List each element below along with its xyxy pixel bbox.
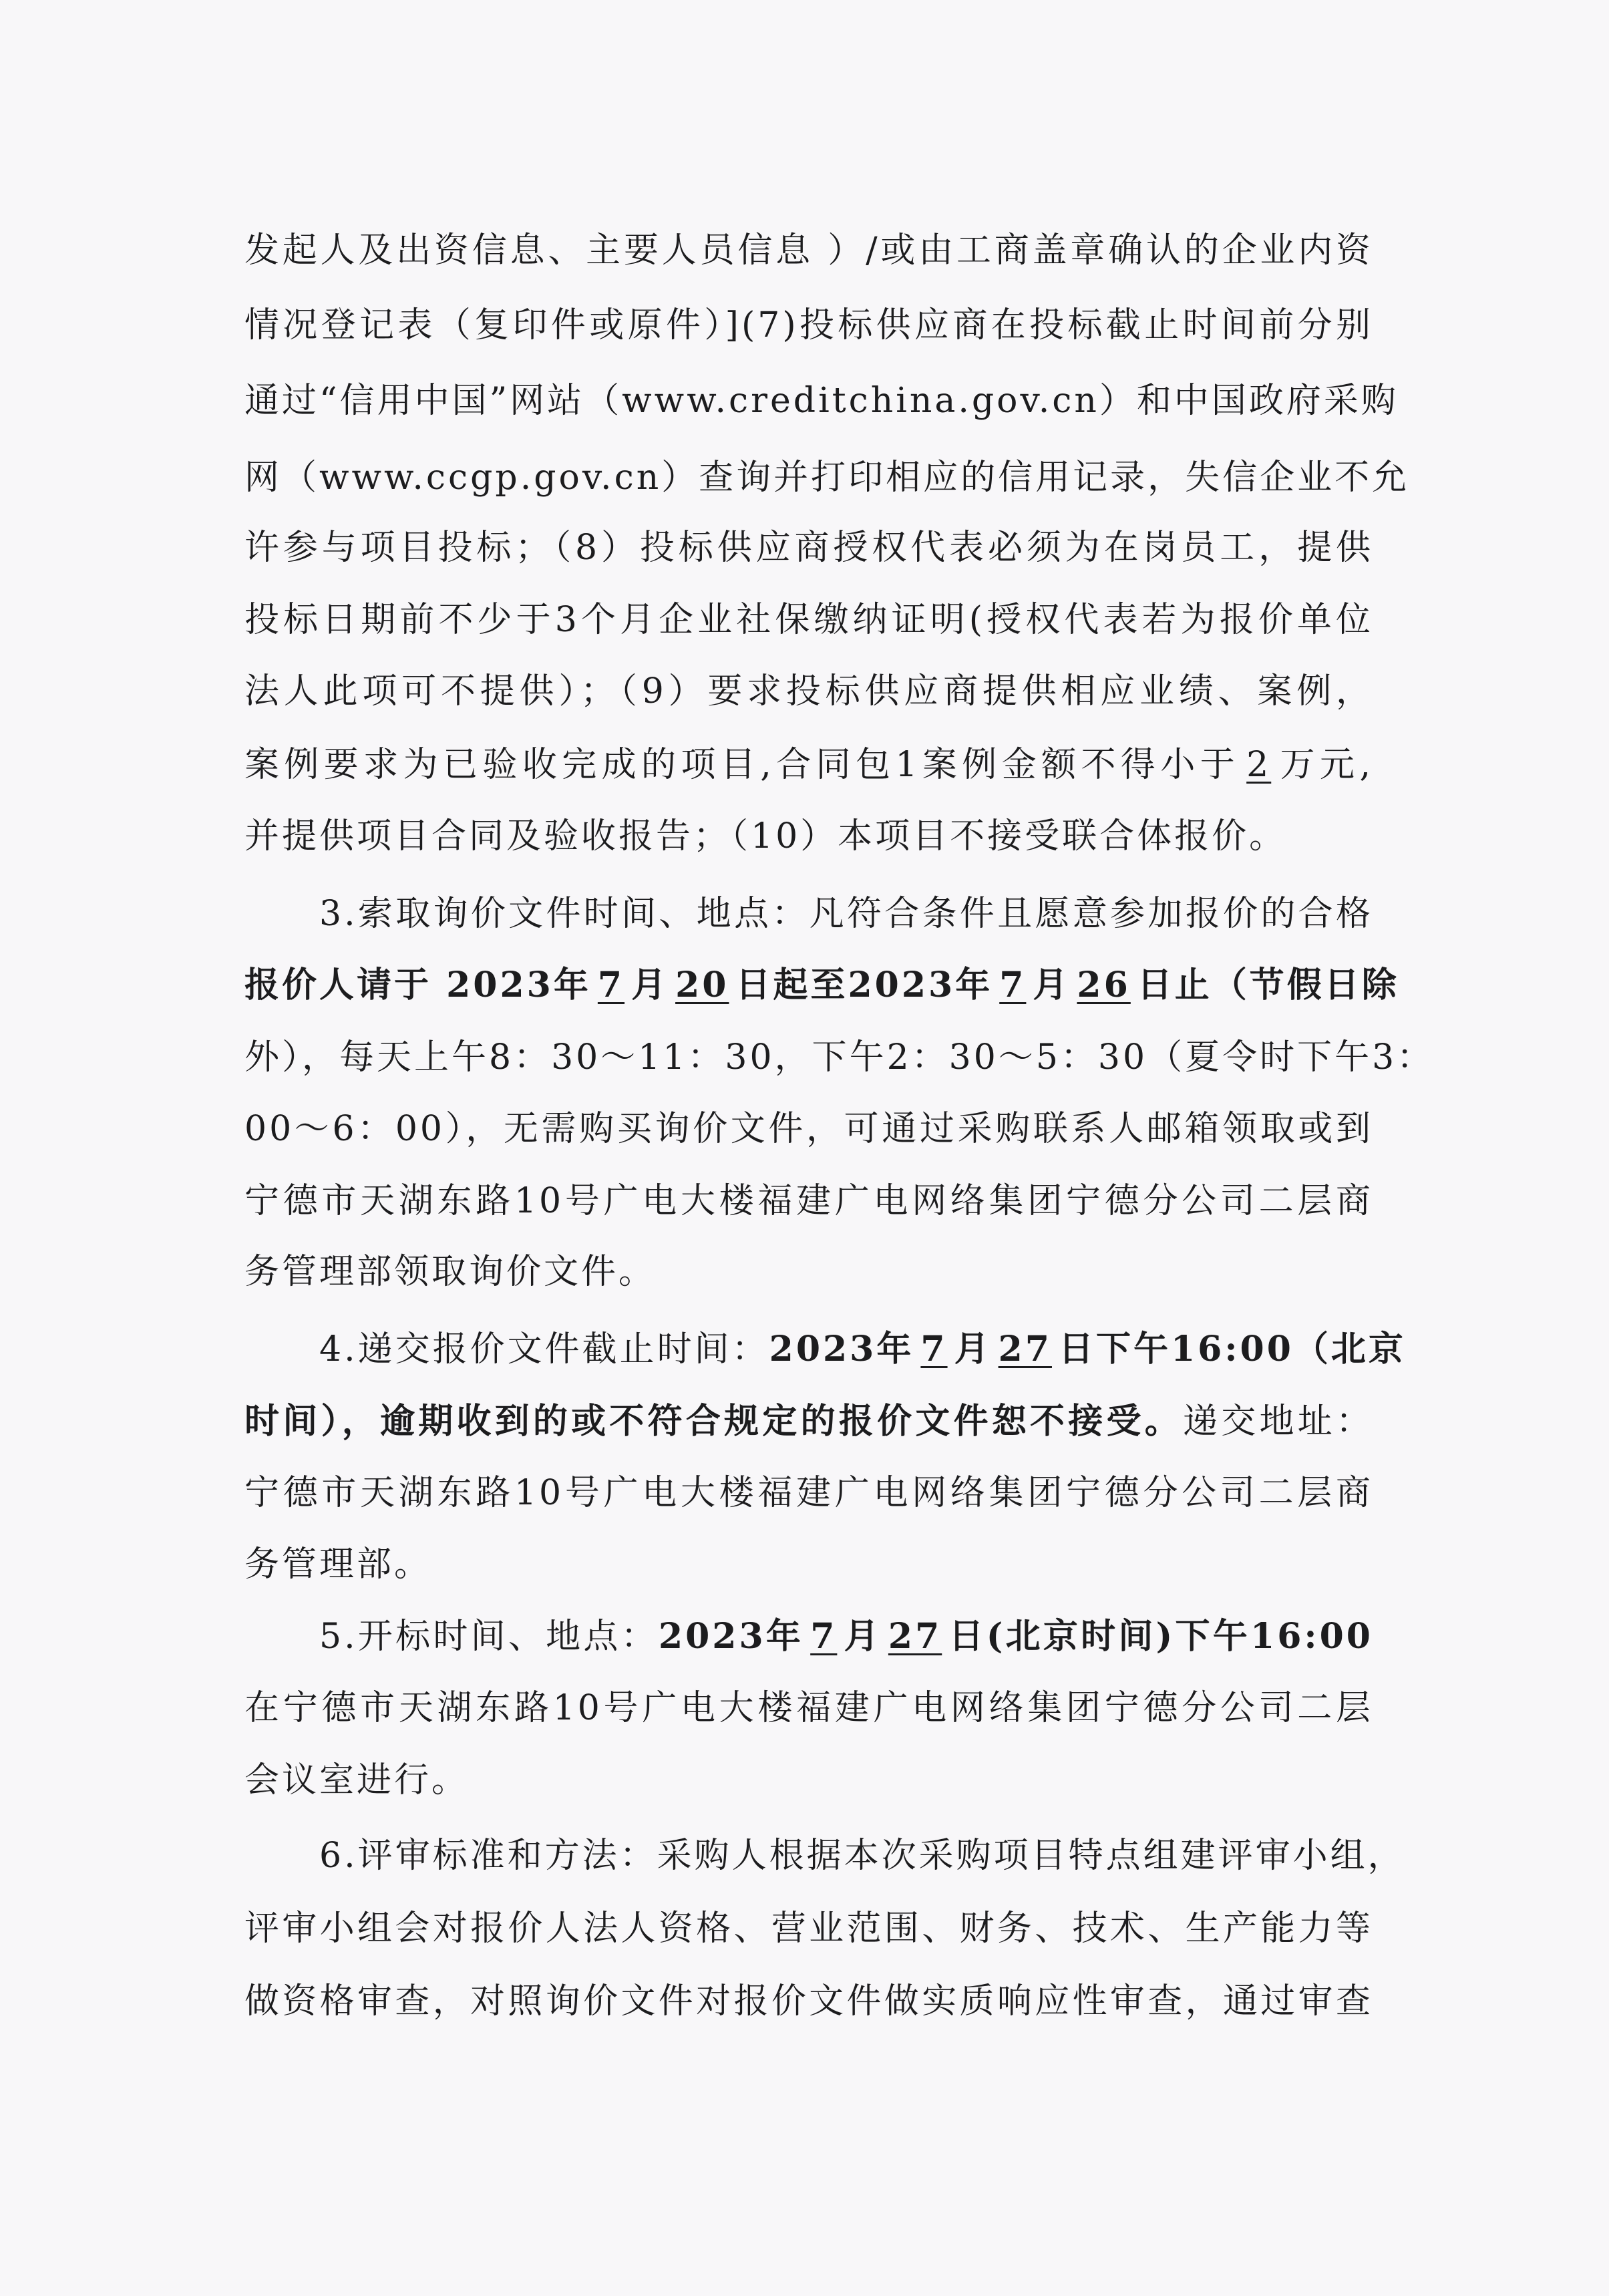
- section-number: 6.: [319, 1836, 358, 1876]
- text-line: 网（www.ccgp.gov.cn）查询并打印相应的信用记录，失信企业不允: [244, 458, 1373, 498]
- text-segment: 月: [844, 1616, 882, 1657]
- text-segment: 递交报价文件截止时间：: [358, 1329, 769, 1369]
- start-year: 2023: [446, 965, 554, 1005]
- text-line: 务管理部。: [244, 1544, 1373, 1585]
- text-line: 通过“信用中国”网站（www.creditchina.gov.cn）和中国政府采…: [244, 381, 1373, 421]
- opening-year: 2023: [659, 1616, 766, 1657]
- text-line: 许参与项目投标；（8）投标供应商授权代表必须为在岗员工，提供: [244, 528, 1373, 568]
- end-year: 2023: [848, 965, 955, 1005]
- text-segment: 索取询价文件时间、地点：凡符合条件且愿意参加报价的合格: [358, 894, 1373, 934]
- text-line: 会议室进行。: [244, 1760, 1373, 1800]
- late-submission-line: 时间），逾期收到的或不符合规定的报价文件恕不接受。递交地址：: [244, 1402, 1373, 1442]
- text-segment: 日止（节假日除: [1137, 965, 1399, 1005]
- scanned-document-page: 发起人及出资信息、主要人员信息 ）/或由工商盖章确认的企业内资 情况登记表（复印…: [0, 0, 1609, 2296]
- address-line: 在宁德市天湖东路10号广电大楼福建广电网络集团宁德分公司二层: [244, 1688, 1373, 1728]
- text-segment: 递交地址：: [1183, 1402, 1373, 1442]
- deadline-month: 7: [914, 1329, 954, 1369]
- submission-deadline-line: 4.递交报价文件截止时间：2023年7月27日下午16:00（北京: [319, 1329, 1373, 1369]
- text-segment: 月: [954, 1329, 992, 1369]
- deadline-time: 日下午16:00（北京: [1059, 1329, 1406, 1369]
- address-line: 宁德市天湖东路10号广电大楼福建广电网络集团宁德分公司二层商: [244, 1181, 1373, 1221]
- text-line: 并提供项目合同及验收报告；（10）本项目不接受联合体报价。: [244, 816, 1373, 856]
- text-line: 发起人及出资信息、主要人员信息 ）/或由工商盖章确认的企业内资: [244, 230, 1373, 271]
- deadline-day: 27: [992, 1329, 1059, 1369]
- section-number: 3.: [319, 894, 358, 934]
- end-day: 26: [1070, 965, 1137, 1005]
- text-segment: 开标时间、地点：: [358, 1617, 659, 1657]
- text-segment: 年: [955, 965, 993, 1005]
- text-segment: 案例要求为已验收完成的项目,合同包1案例金额不得小于: [244, 745, 1240, 785]
- opening-month: 7: [803, 1616, 844, 1657]
- text-segment: 年: [876, 1329, 914, 1369]
- section-number: 4.: [319, 1329, 358, 1369]
- opening-day: 27: [882, 1616, 948, 1657]
- text-line: 务管理部领取询价文件。: [244, 1252, 1373, 1292]
- office-hours-line: 外），每天上午8：30～11：30，下午2：30～5：30（夏令时下午3：: [244, 1037, 1373, 1078]
- start-month: 7: [591, 965, 631, 1005]
- end-month: 7: [993, 965, 1033, 1005]
- text-segment: 报价人请于: [244, 965, 431, 1005]
- bid-opening-line: 5.开标时间、地点：2023年7月27日(北京时间)下午16:00: [319, 1617, 1373, 1657]
- text-segment: 日起至: [735, 965, 848, 1005]
- evaluation-heading-line: 6.评审标准和方法：采购人根据本次采购项目特点组建评审小组，: [319, 1836, 1373, 1876]
- text-line: 投标日期前不少于3个月企业社保缴纳证明(授权代表若为报价单位: [244, 600, 1373, 640]
- section-3-heading-line: 3.索取询价文件时间、地点：凡符合条件且愿意参加报价的合格: [319, 894, 1373, 934]
- case-amount-line: 案例要求为已验收完成的项目,合同包1案例金额不得小于2万元,: [244, 745, 1373, 785]
- text-line: 评审小组会对报价人法人资格、营业范围、财务、技术、生产能力等: [244, 1909, 1373, 1949]
- document-pickup-dates-line: 报价人请于 2023年7月20日起至2023年7月26日止（节假日除: [244, 965, 1373, 1005]
- text-segment: 评审标准和方法：采购人根据本次采购项目特点组建评审小组，: [358, 1836, 1405, 1876]
- late-submission-notice: 时间），逾期收到的或不符合规定的报价文件恕不接受。: [244, 1401, 1183, 1442]
- case-amount-value: 2: [1240, 745, 1278, 785]
- text-line: 情况登记表（复印件或原件）](7)投标供应商在投标截止时间前分别: [244, 305, 1373, 345]
- text-line: 00～6：00），无需购买询价文件，可通过采购联系人邮箱领取或到: [244, 1109, 1373, 1149]
- text-line: 做资格审查，对照询价文件对报价文件做实质响应性审查，通过审查: [244, 1981, 1373, 2021]
- opening-time: 日(北京时间)下午16:00: [948, 1616, 1373, 1657]
- text-segment: 万元,: [1278, 745, 1373, 785]
- text-segment: 年: [554, 965, 591, 1005]
- text-line: 法人此项可不提供）；（9）要求投标供应商提供相应业绩、案例，: [244, 671, 1373, 711]
- text-segment: 年: [766, 1616, 804, 1657]
- text-segment: 月: [631, 965, 669, 1005]
- address-line: 宁德市天湖东路10号广电大楼福建广电网络集团宁德分公司二层商: [244, 1473, 1373, 1513]
- section-number: 5.: [319, 1617, 358, 1657]
- text-segment: 月: [1033, 965, 1070, 1005]
- start-day: 20: [669, 965, 735, 1005]
- deadline-year: 2023: [769, 1329, 877, 1369]
